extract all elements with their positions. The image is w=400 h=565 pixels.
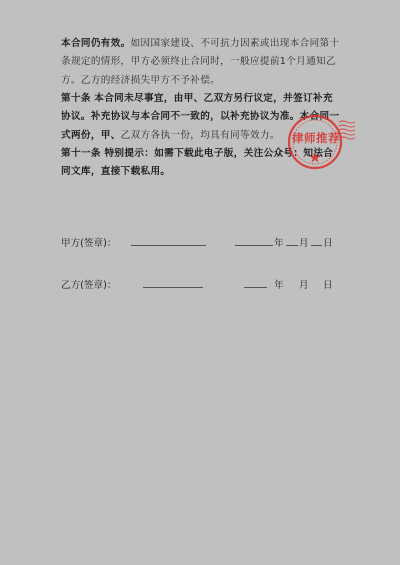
paragraph-article-11: 第十一条 特别提示：如需下载此电子版，关注公众号：知法合同文库，直接下载私用。 [61,145,341,182]
day-blank [311,235,322,246]
month-label: 月 [299,277,309,291]
month-blank [286,235,298,246]
signature-row-party-b: 乙方(签章)： 年 月 日 [61,277,351,291]
paragraph-lead: 本合同仍有效。 [61,38,131,49]
day-label: 日 [323,235,333,249]
article-body: 特别提示：如需下载此电子版，关注公众号：知法合同文库，直接下载私用。 [61,148,333,177]
year-blank [244,277,267,288]
paragraph-article-10: 第十条 本合同未尽事宜，由甲、乙双方另行议定，并签订补充协议。补充协议与本合同不… [61,90,341,145]
paragraph-continued-clause: 本合同仍有效。如因国家建设、不可抗力因素或出现本合同第十条规定的情形，甲方必须终… [61,35,341,90]
year-label: 年 [274,235,284,249]
day-label: 日 [323,277,333,291]
article-body-normal: 乙双方各执一份，均具有同等效力。 [121,130,280,141]
signature-blank [143,277,203,288]
year-label: 年 [274,277,284,291]
article-number: 第十条 [61,93,91,104]
article-number: 第十一条 [61,148,101,159]
year-blank [235,235,273,246]
signature-row-party-a: 甲方(签章)： 年 月 日 [61,235,351,249]
document-page: 本合同仍有效。如因国家建设、不可抗力因素或出现本合同第十条规定的情形，甲方必须终… [0,0,400,565]
signature-label: 甲方(签章)： [61,235,116,249]
signature-label: 乙方(签章)： [61,277,116,291]
signature-blank [131,235,206,246]
month-label: 月 [299,235,309,249]
